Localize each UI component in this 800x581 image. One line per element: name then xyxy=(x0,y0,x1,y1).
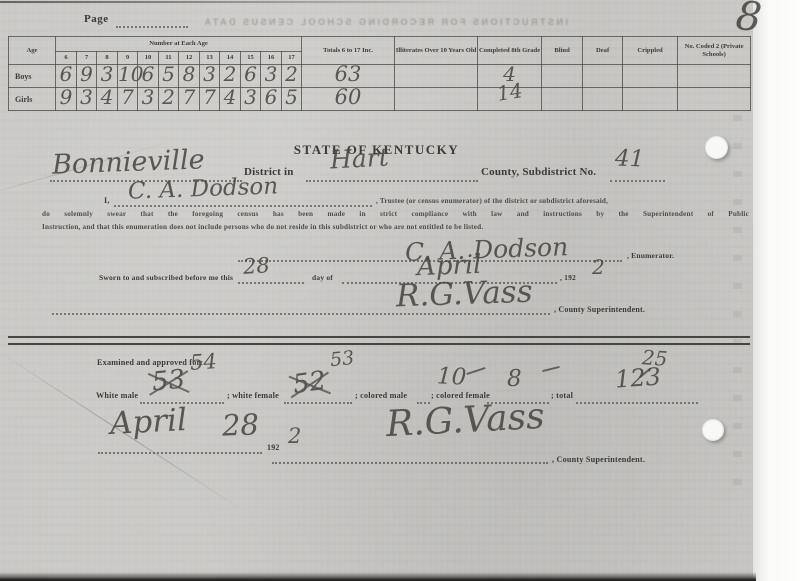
approval-superintendent-signature: R.G.Vass xyxy=(385,396,546,445)
hole-punch-bottom xyxy=(702,419,724,441)
colored-female-value: 8 xyxy=(507,366,522,392)
boys-illiterates-empty xyxy=(395,65,478,88)
girls-illiterates-empty xyxy=(395,88,478,111)
page-number-line xyxy=(116,16,188,28)
enumerator-label: , Enumerator. xyxy=(627,251,674,260)
girls-grade8: 14 xyxy=(478,88,542,111)
approval-date-line xyxy=(98,442,262,454)
col-header-crippled: Crippled xyxy=(623,37,678,65)
girls-total: 60 xyxy=(302,88,395,111)
white-male-corrected-value: 54 xyxy=(189,349,217,375)
hole-punch-top xyxy=(705,136,728,159)
girls-age-13: 7 xyxy=(200,88,220,111)
section-divider-rule xyxy=(8,343,750,345)
section-divider-rule xyxy=(8,336,750,338)
bleed-marks xyxy=(733,115,742,505)
scanner-background xyxy=(753,0,800,581)
approval-year-prefix: 192 xyxy=(267,443,280,452)
white-female-label: ; white female xyxy=(227,391,279,400)
girls-age-11: 2 xyxy=(159,88,179,111)
white-female-corrected-value: 53 xyxy=(329,347,355,371)
approval-year-handwritten: 2 xyxy=(288,424,301,448)
boys-deaf-empty xyxy=(583,65,623,88)
page-label: Page xyxy=(84,13,109,25)
approval-date-day-handwritten: 28 xyxy=(221,407,259,442)
white-female-crossed-value: 52 xyxy=(291,366,328,400)
boys-blind-empty xyxy=(542,65,583,88)
girls-coded-empty xyxy=(678,88,751,111)
girls-blind-empty xyxy=(542,88,583,111)
page-top-edge xyxy=(0,1,470,3)
row-label-girls: Girls xyxy=(9,88,56,111)
bleed-through-text: INSTRUCTIONS FOR RECORDING SCHOOL CENSUS… xyxy=(190,17,580,27)
girls-age-10: 3 xyxy=(138,88,159,111)
col-header-illiterates: Illiterates Over 10 Years Old xyxy=(395,37,478,65)
year-prefix-label: , 192 xyxy=(560,273,576,282)
oath-text-line2: Instruction, and that this enumeration d… xyxy=(42,223,749,231)
girls-age-6: 9 xyxy=(56,88,77,111)
table-row-girls: Girls 9 3 4 7 3 2 7 7 4 3 6 5 60 14 xyxy=(9,88,751,111)
census-tally-table: Age Number at Each Age Totals 6 to 17 In… xyxy=(8,36,751,111)
girls-age-12: 7 xyxy=(179,88,200,111)
girls-age-17: 5 xyxy=(282,88,302,111)
total-corrected-value: 25 xyxy=(641,345,668,371)
examined-approved-label: Examined and approved for: xyxy=(97,358,203,367)
girls-age-16: 6 xyxy=(261,88,282,111)
approval-date-month-handwritten: April xyxy=(109,402,188,442)
i-label: I, xyxy=(104,196,110,205)
col-header-deaf: Deaf xyxy=(583,37,623,65)
county-superintendent-label: , County Superintendent. xyxy=(554,305,645,314)
scanned-census-form: Page INSTRUCTIONS FOR RECORDING SCHOOL C… xyxy=(0,0,800,581)
total-line xyxy=(576,392,698,404)
approval-superintendent-label: , County Superintendent. xyxy=(552,455,645,464)
boys-coded-empty xyxy=(678,65,751,88)
enumerator-name-handwritten: C. A. Dodson xyxy=(128,173,279,204)
girls-age-9: 7 xyxy=(118,88,138,111)
girls-deaf-empty xyxy=(583,88,623,111)
oath-text-line1: do solemnly swear that the foregoing cen… xyxy=(42,210,749,218)
colored-male-label: ; colored male xyxy=(355,391,407,400)
sworn-year-handwritten: 2 xyxy=(592,255,605,279)
colored-male-value: 10 xyxy=(436,363,467,390)
sworn-day-handwritten: 28 xyxy=(242,253,270,279)
page-bottom-edge xyxy=(0,572,756,581)
girls-crippled-empty xyxy=(623,88,678,111)
subdistrict-number-handwritten: 41 xyxy=(615,145,645,172)
white-male-label: White male xyxy=(96,391,138,400)
girls-age-8: 4 xyxy=(97,88,118,111)
col-header-blind: Blind xyxy=(542,37,583,65)
row-label-boys: Boys xyxy=(9,65,56,88)
white-male-crossed-value: 53 xyxy=(151,364,187,397)
county-subdistrict-label: County, Subdistrict No. xyxy=(481,166,596,178)
col-header-coded: No. Coded 2 (Private Schools) xyxy=(678,37,751,65)
col-header-age: Age xyxy=(9,37,56,65)
table-row-boys: Boys 6 9 3 10 6 5 8 3 2 6 3 2 63 4 xyxy=(9,65,751,88)
girls-age-15: 3 xyxy=(241,88,261,111)
sworn-label: Sworn to and subscribed before me this xyxy=(99,273,233,282)
superintendent-signature-line xyxy=(52,303,550,315)
girls-age-7: 3 xyxy=(77,88,97,111)
day-of-label: day of xyxy=(312,273,333,282)
col-header-grade8: Completed 8th Grade xyxy=(478,37,542,65)
boys-crippled-empty xyxy=(623,65,678,88)
county-handwritten: Hart xyxy=(329,142,389,174)
girls-age-14: 4 xyxy=(220,88,241,111)
approval-signature-line xyxy=(272,452,548,464)
trustee-label: , Trustee (or census enumerator) of the … xyxy=(376,197,608,205)
corner-page-number-handwritten: 8 xyxy=(734,0,764,41)
col-header-totals: Totals 6 to 17 Inc. xyxy=(302,37,395,65)
col-header-number-at-each-age: Number at Each Age xyxy=(56,37,302,52)
total-label: ; total xyxy=(551,391,573,400)
